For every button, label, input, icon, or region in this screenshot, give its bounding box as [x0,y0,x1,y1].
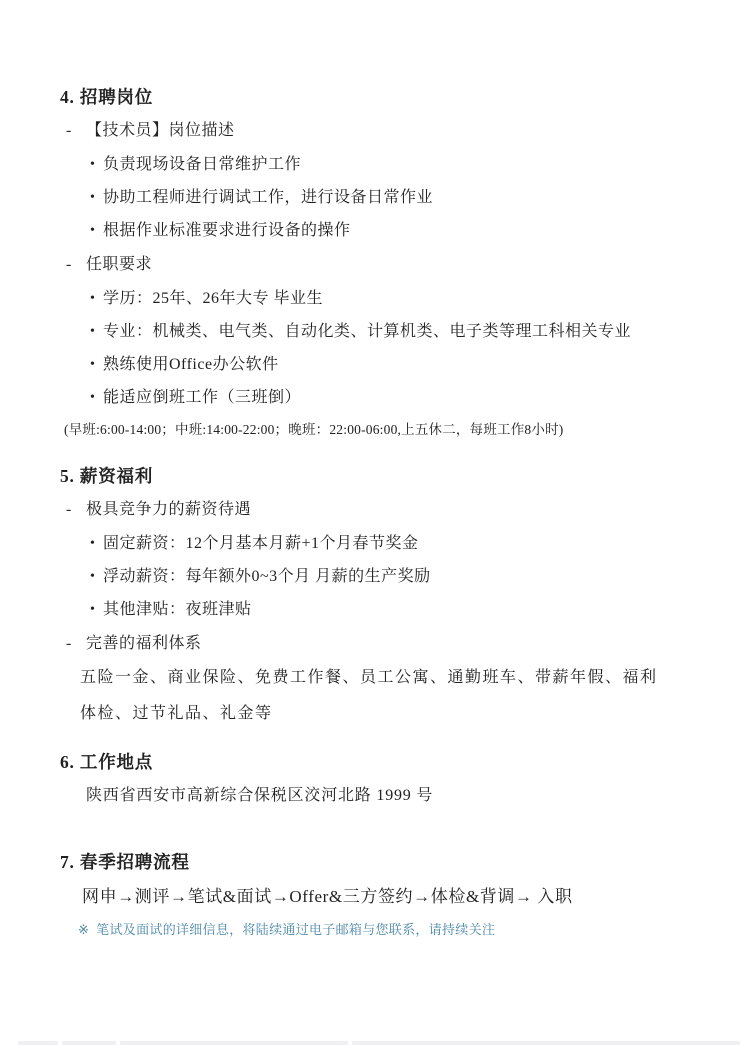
section-6-heading-text: 6. 工作地点 [60,752,153,772]
duty-item-1-text: 负责现场设备日常维护工作 [103,156,301,173]
bullet-marker-icon: • [90,354,103,376]
requirement-office: •熟练使用Office办公软件 [58,354,702,376]
dash-marker-icon: - [66,499,86,521]
requirement-education: •学历：25年、26年大专 毕业生 [58,288,702,310]
requirements-item: -任职要求 [58,254,702,276]
followup-note-text: 笔试及面试的详细信息，将陆续通过电子邮箱与您联系，请持续关注 [96,922,495,937]
section-5-heading-text: 5. 薪资福利 [60,466,153,486]
shift-schedule-note: (早班:6:00-14:00；中班:14:00-22:00；晚班：22:00-0… [58,420,702,439]
bullet-marker-icon: • [90,533,103,555]
salary-allowance: •其他津贴：夜班津贴 [58,599,702,621]
section-5-heading: 5. 薪资福利 [60,465,702,487]
duty-item-3: •根据作业标准要求进行设备的操作 [58,220,702,242]
duty-item-2-text: 协助工程师进行调试工作，进行设备日常作业 [103,189,433,206]
requirement-major-text: 专业：机械类、电气类、自动化类、计算机类、电子类等理工科相关专业 [103,323,631,340]
note-marker-icon: ※ [78,920,89,939]
section-6-heading: 6. 工作地点 [60,751,702,773]
duty-item-2: •协助工程师进行调试工作，进行设备日常作业 [58,187,702,209]
welfare-item-text: 完善的福利体系 [86,635,202,652]
page-edge-segment [62,1041,116,1045]
document-page: 4. 招聘岗位-【技术员】岗位描述•负责现场设备日常维护工作•协助工程师进行调试… [0,0,740,1045]
salary-item: -极具竞争力的薪资待遇 [58,499,702,521]
next-page-edge [0,1040,740,1045]
page-edge-segment [18,1041,58,1045]
requirement-shift-text: 能适应倒班工作（三班倒） [103,389,301,406]
dash-marker-icon: - [66,254,86,276]
section-7-heading: 7. 春季招聘流程 [60,851,702,873]
bullet-marker-icon: • [90,387,103,409]
requirements-item-text: 任职要求 [86,256,152,273]
section-4-heading-text: 4. 招聘岗位 [60,87,153,107]
requirement-major: •专业：机械类、电气类、自动化类、计算机类、电子类等理工科相关专业 [58,321,702,343]
bullet-marker-icon: • [90,321,103,343]
salary-item-text: 极具竞争力的薪资待遇 [86,501,251,518]
salary-floating: •浮动薪资：每年额外0~3个月 月薪的生产奖励 [58,566,702,588]
bullet-marker-icon: • [90,154,103,176]
welfare-paragraph-line-2-text: 体检、过节礼品、礼金等 [80,705,273,722]
welfare-paragraph-line-2: 体检、过节礼品、礼金等 [58,703,702,725]
bullet-marker-icon: • [90,220,103,242]
job-description-item: -【技术员】岗位描述 [58,120,702,142]
dash-marker-icon: - [66,633,86,655]
work-address-text: 陕西省西安市高新综合保税区洨河北路 1999 号 [86,787,433,804]
page-edge-segment [300,1041,348,1045]
bullet-marker-icon: • [90,288,103,310]
section-4-heading: 4. 招聘岗位 [60,86,702,108]
section-7-heading-text: 7. 春季招聘流程 [60,852,190,872]
shift-schedule-note-text: (早班:6:00-14:00；中班:14:00-22:00；晚班：22:00-0… [64,422,563,437]
bullet-marker-icon: • [90,566,103,588]
work-address: 陕西省西安市高新综合保税区洨河北路 1999 号 [58,785,702,807]
recruitment-process-flow-text: 网申→测评→笔试&面试→Offer&三方签约→体检&背调→ 入职 [82,887,573,906]
salary-fixed: •固定薪资：12个月基本月薪+1个月春节奖金 [58,533,702,555]
bullet-marker-icon: • [90,599,103,621]
salary-fixed-text: 固定薪资：12个月基本月薪+1个月春节奖金 [103,535,419,552]
welfare-paragraph-line-1: 五险一金、商业保险、免费工作餐、员工公寓、通勤班车、带薪年假、福利 [58,667,702,689]
bullet-marker-icon: • [90,187,103,209]
followup-note: ※笔试及面试的详细信息，将陆续通过电子邮箱与您联系，请持续关注 [58,920,702,939]
requirement-education-text: 学历：25年、26年大专 毕业生 [103,290,323,307]
requirement-office-text: 熟练使用Office办公软件 [103,356,279,373]
welfare-item: -完善的福利体系 [58,633,702,655]
job-description-item-text: 【技术员】岗位描述 [86,122,235,139]
salary-allowance-text: 其他津贴：夜班津贴 [103,601,252,618]
document-content: 4. 招聘岗位-【技术员】岗位描述•负责现场设备日常维护工作•协助工程师进行调试… [0,0,740,939]
page-edge-segment [352,1041,740,1045]
recruitment-process-flow: 网申→测评→笔试&面试→Offer&三方签约→体检&背调→ 入职 [58,885,702,908]
welfare-paragraph-line-1-text: 五险一金、商业保险、免费工作餐、员工公寓、通勤班车、带薪年假、福利 [80,669,658,686]
salary-floating-text: 浮动薪资：每年额外0~3个月 月薪的生产奖励 [103,568,431,585]
duty-item-3-text: 根据作业标准要求进行设备的操作 [103,222,351,239]
dash-marker-icon: - [66,120,86,142]
requirement-shift: •能适应倒班工作（三班倒） [58,387,702,409]
duty-item-1: •负责现场设备日常维护工作 [58,154,702,176]
